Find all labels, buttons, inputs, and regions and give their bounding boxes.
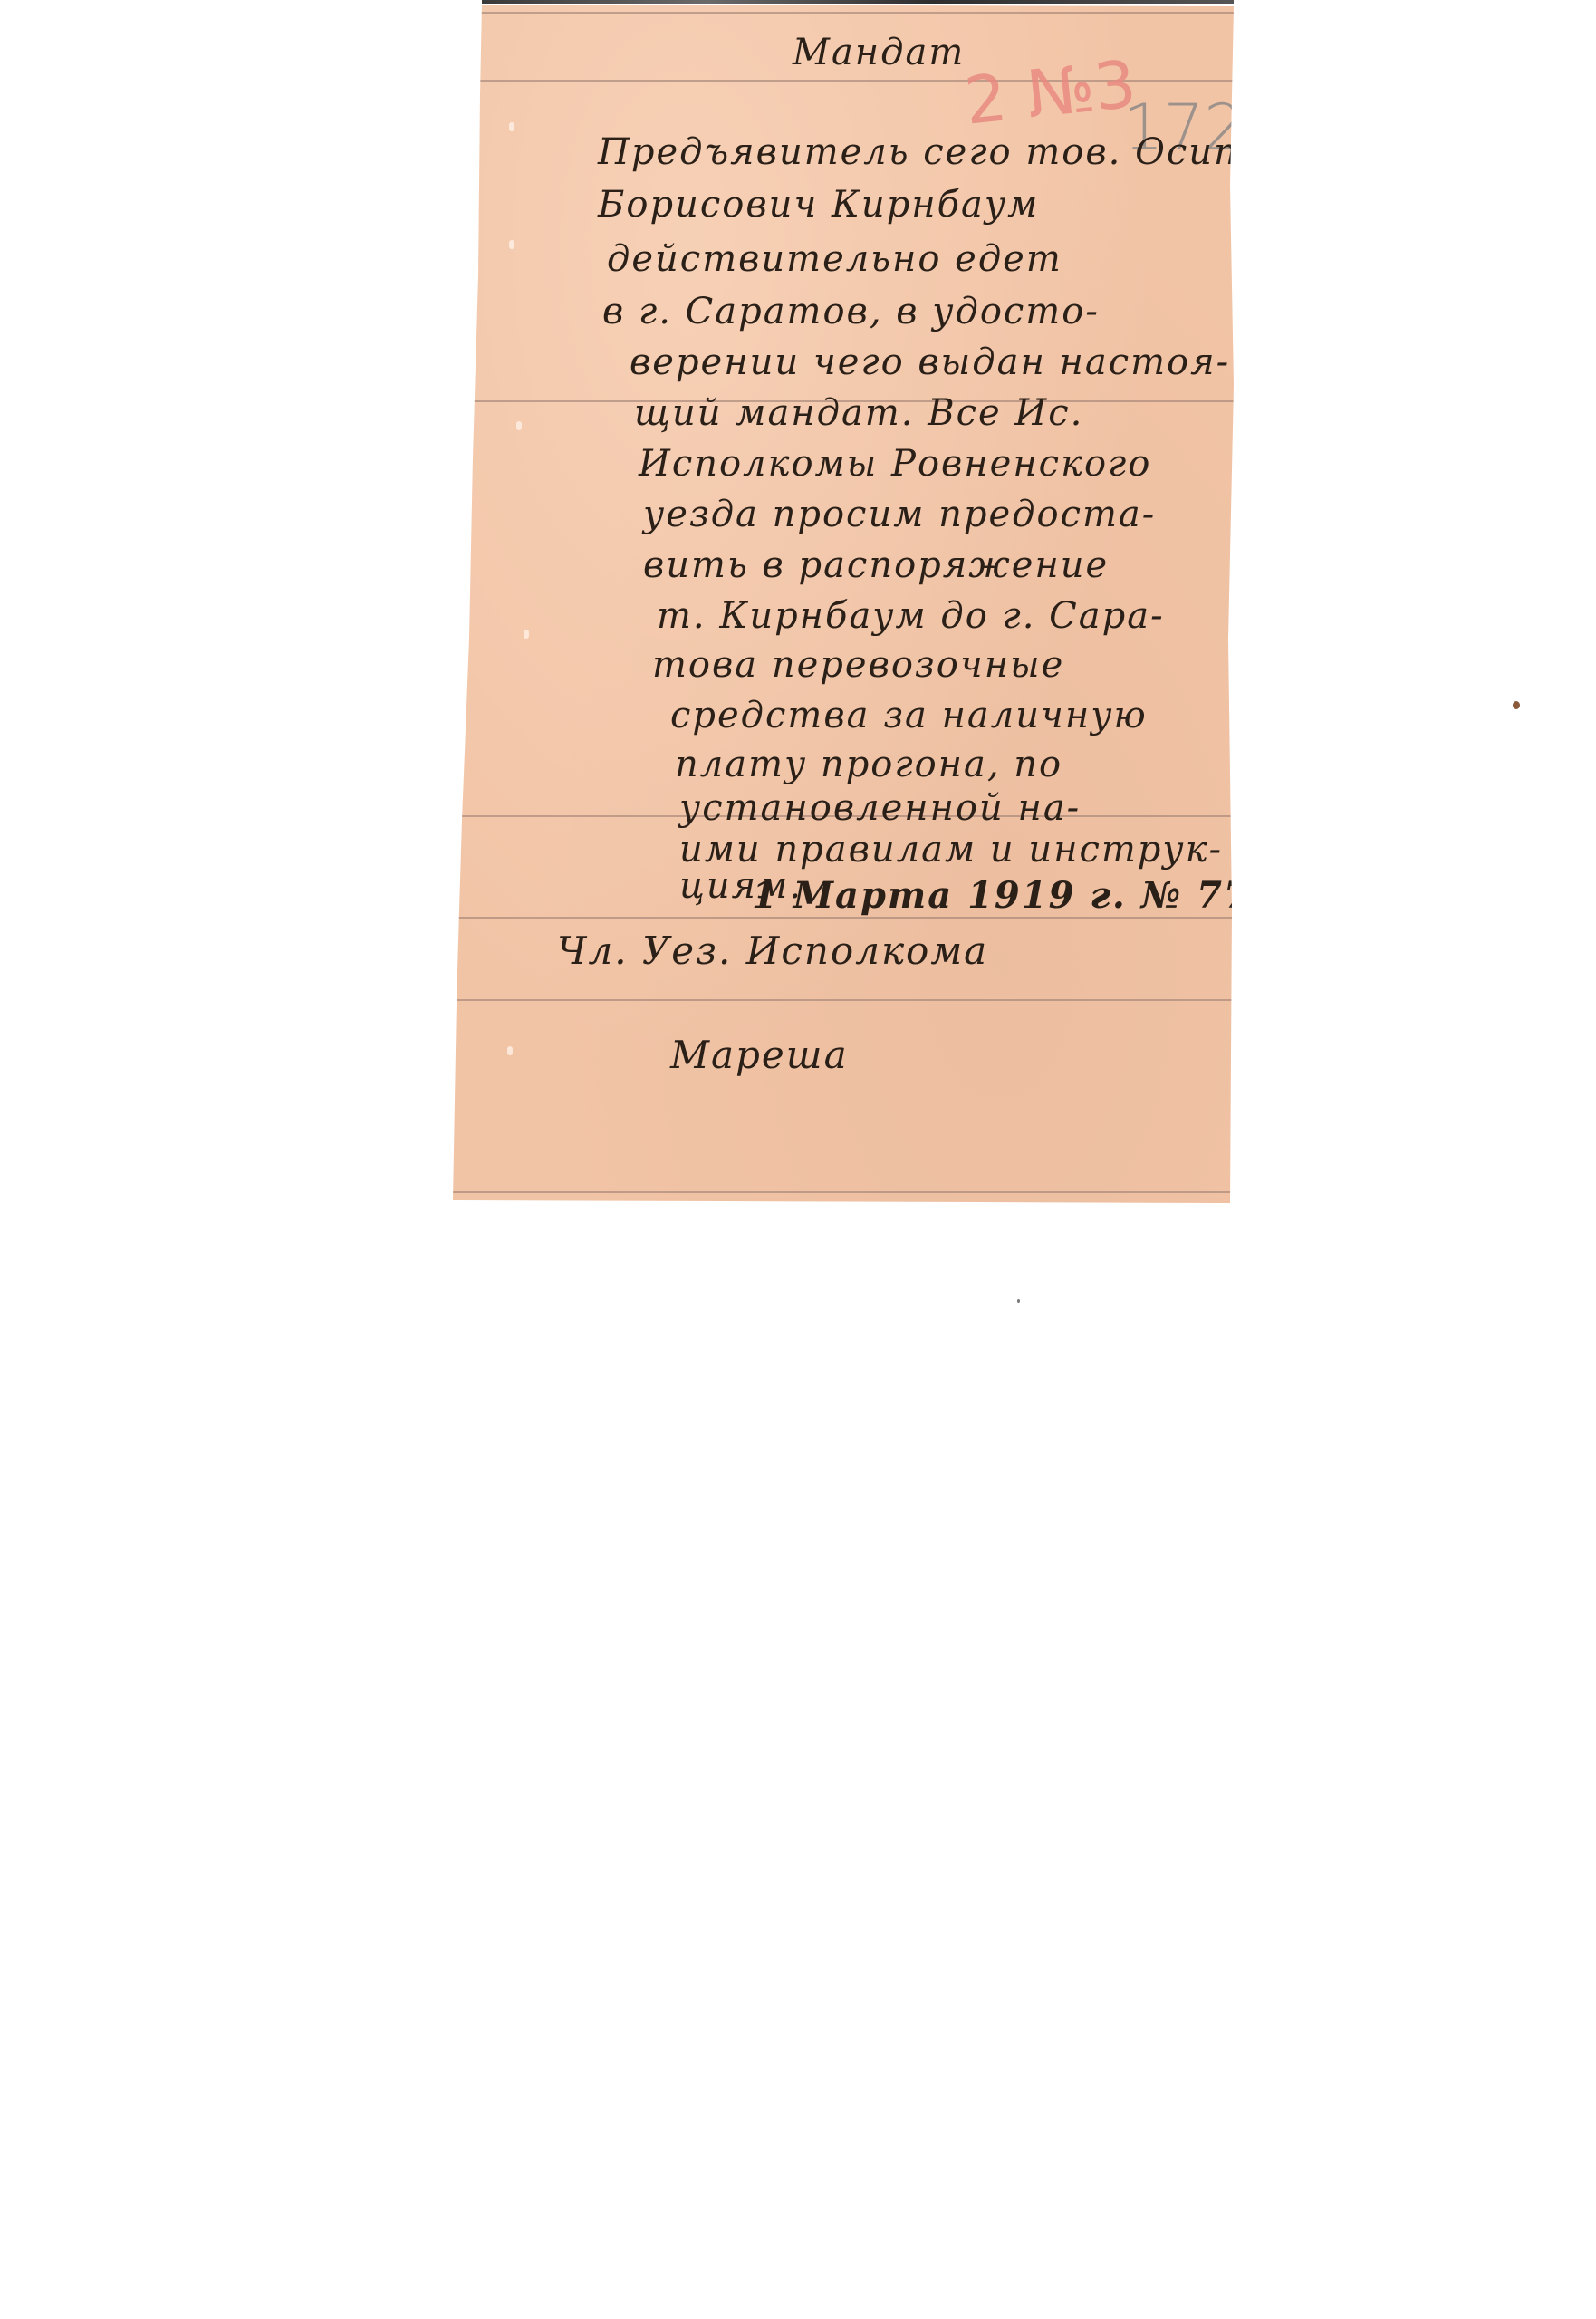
body-line: верении чего выдан настоя- [630, 342, 1230, 383]
date-and-number: 1 Марта 1919 г. № 775. [752, 874, 1293, 917]
ruled-line [453, 999, 1234, 1001]
binding-hole-mark [507, 1046, 513, 1055]
signature: Мареша [670, 1033, 849, 1077]
body-line: т. Кирнбаум до г. Сара- [657, 595, 1165, 637]
body-line: Предъявитель сего тов. Осип [598, 131, 1239, 173]
signatory-title: Чл. Уез. Исполкома [557, 929, 988, 973]
red-pencil-archive-mark: 2 №3 [961, 45, 1139, 139]
document-paper: 2 №3 172 Мандат Предъявитель сего тов. О… [453, 5, 1234, 1203]
body-line: Исполкомы Ровненского [639, 443, 1151, 485]
scan-speck [1513, 701, 1520, 709]
scan-speck [1017, 1299, 1020, 1303]
binding-hole-mark [509, 240, 514, 249]
document-title: Мандат [793, 32, 965, 73]
scanner-edge-strip [482, 0, 1234, 4]
body-line: уезда просим предоста- [643, 494, 1156, 535]
ruled-line [453, 1191, 1234, 1193]
body-line: това перевозочные [652, 644, 1064, 686]
body-line: действительно едет [607, 238, 1062, 280]
ruled-line [453, 917, 1234, 919]
body-line: щий мандат. Все Ис. [634, 392, 1083, 434]
ruled-line [453, 12, 1234, 14]
body-line: установленной на- [679, 787, 1081, 829]
body-line: вить в распоряжение [643, 544, 1109, 586]
body-line: Борисович Кирнбаум [598, 184, 1039, 226]
body-line: средства за наличную [670, 695, 1148, 736]
binding-hole-mark [524, 630, 529, 639]
binding-hole-mark [509, 122, 514, 131]
body-line: в г. Саратов, в удосто- [602, 291, 1100, 332]
body-line: плату прогона, по [675, 744, 1062, 785]
binding-hole-mark [516, 421, 522, 430]
